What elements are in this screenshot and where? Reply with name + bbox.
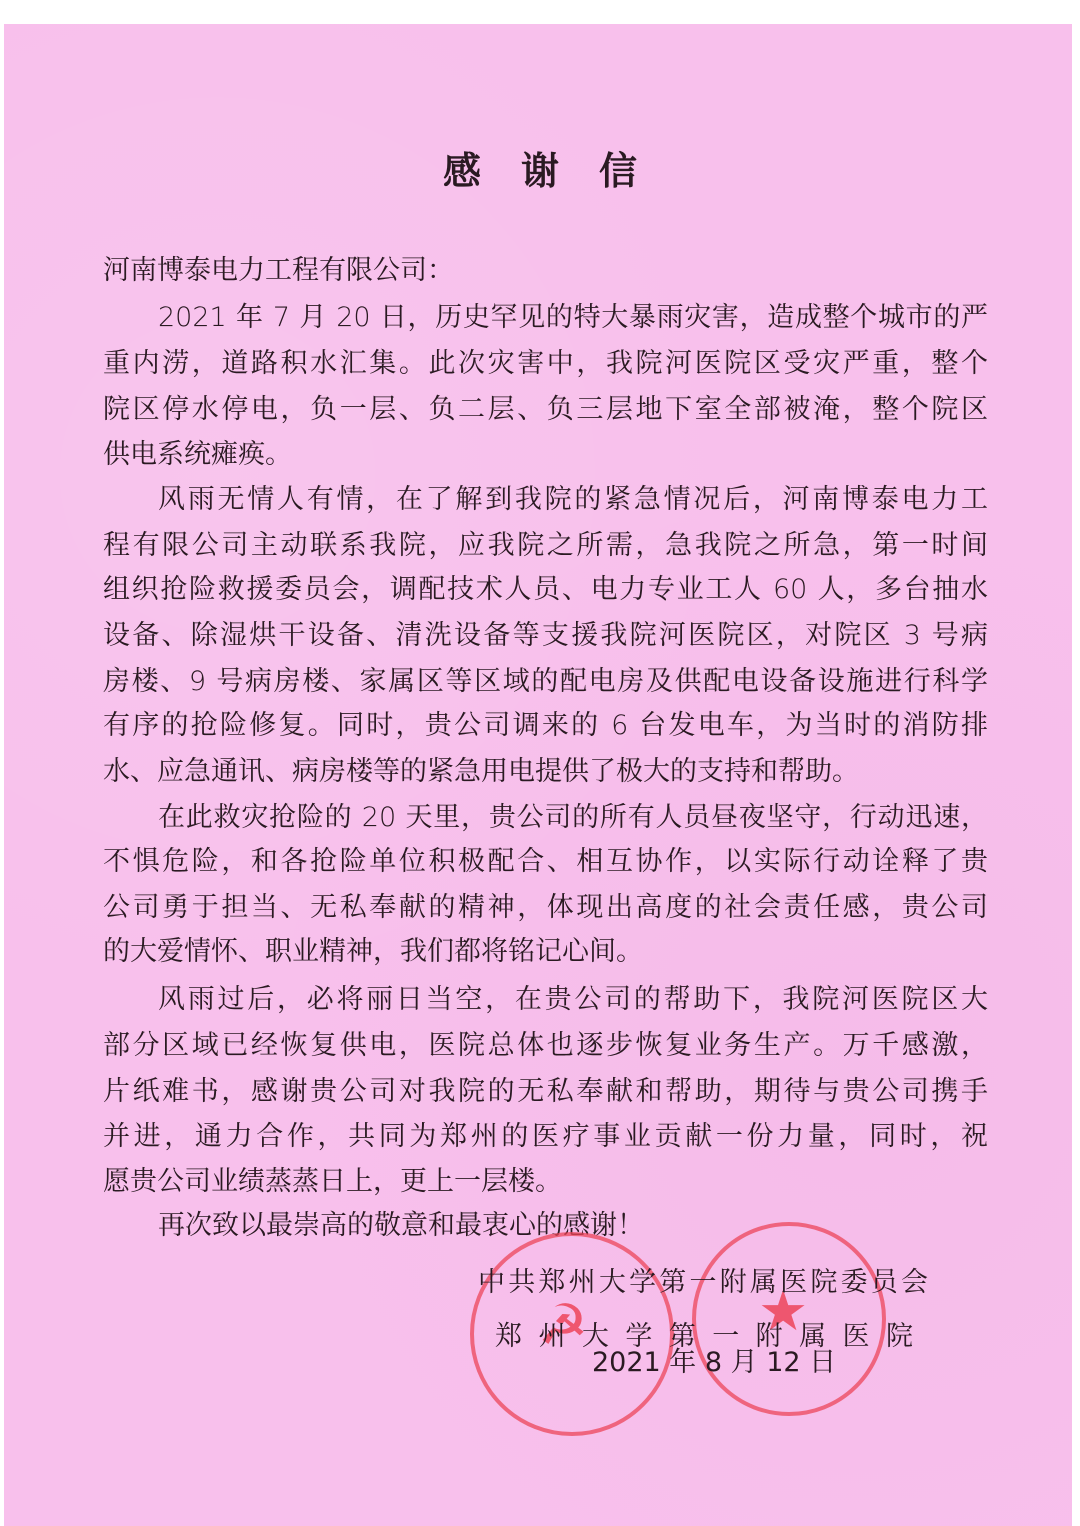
paragraph-3-line: 不惧危险，和各抢险单位积极配合、相互协作，以实际行动诠释了贵 xyxy=(103,842,988,882)
signature-date: 2021 年 8 月 12 日 xyxy=(592,1343,820,1383)
letter-title: 感谢信 xyxy=(0,140,1080,195)
closing-line: 再次致以最崇高的敬意和最衷心的感谢！ xyxy=(158,1206,988,1246)
paragraph-3-line: 公司勇于担当、无私奉献的精神，体现出高度的社会责任感，贵公司 xyxy=(103,888,988,928)
paragraph-2-line: 风雨无情人有情，在了解到我院的紧急情况后，河南博泰电力工 xyxy=(158,480,988,520)
paragraph-1-line: 供电系统瘫痪。 xyxy=(103,435,988,475)
paragraph-2-line: 组织抢险救援委员会，调配技术人员、电力专业工人 60 人，多台抽水 xyxy=(103,570,988,610)
salutation: 河南博泰电力工程有限公司： xyxy=(103,251,988,291)
paragraph-1-line: 2021 年 7 月 20 日，历史罕见的特大暴雨灾害，造成整个城市的严 xyxy=(158,298,988,338)
paragraph-2-line: 水、应急通讯、病房楼等的紧急用电提供了极大的支持和帮助。 xyxy=(103,752,988,792)
paragraph-4-line: 风雨过后，必将丽日当空，在贵公司的帮助下，我院河医院区大 xyxy=(158,980,988,1020)
paragraph-1-line: 院区停水停电，负一层、负二层、负三层地下室全部被淹，整个院区 xyxy=(103,390,988,430)
paragraph-4-line: 并进，通力合作，共同为郑州的医疗事业贡献一份力量，同时，祝 xyxy=(103,1117,988,1157)
paragraph-2-line: 程有限公司主动联系我院，应我院之所需，急我院之所急，第一时间 xyxy=(103,526,988,566)
paragraph-4-line: 愿贵公司业绩蒸蒸日上，更上一层楼。 xyxy=(103,1162,988,1202)
signature-org-1: 中共郑州大学第一附属医院委员会 xyxy=(478,1263,928,1303)
paragraph-2-line: 有序的抢险修复。同时，贵公司调来的 6 台发电车，为当时的消防排 xyxy=(103,706,988,746)
paragraph-2-line: 设备、除湿烘干设备、清洗设备等支援我院河医院区，对院区 3 号病 xyxy=(103,616,988,656)
paragraph-3-line: 的大爱情怀、职业精神，我们都将铭记心间。 xyxy=(103,932,988,972)
paragraph-2-line: 房楼、9 号病房楼、家属区等区域的配电房及供配电设备设施进行科学 xyxy=(103,662,988,702)
paragraph-1-line: 重内涝，道路积水汇集。此次灾害中，我院河医院区受灾严重，整个 xyxy=(103,344,988,384)
paragraph-4-line: 部分区域已经恢复供电，医院总体也逐步恢复业务生产。万千感激， xyxy=(103,1026,988,1066)
paragraph-4-line: 片纸难书，感谢贵公司对我院的无私奉献和帮助，期待与贵公司携手 xyxy=(103,1072,988,1112)
paragraph-3-line: 在此救灾抢险的 20 天里，贵公司的所有人员昼夜坚守，行动迅速， xyxy=(158,798,988,838)
